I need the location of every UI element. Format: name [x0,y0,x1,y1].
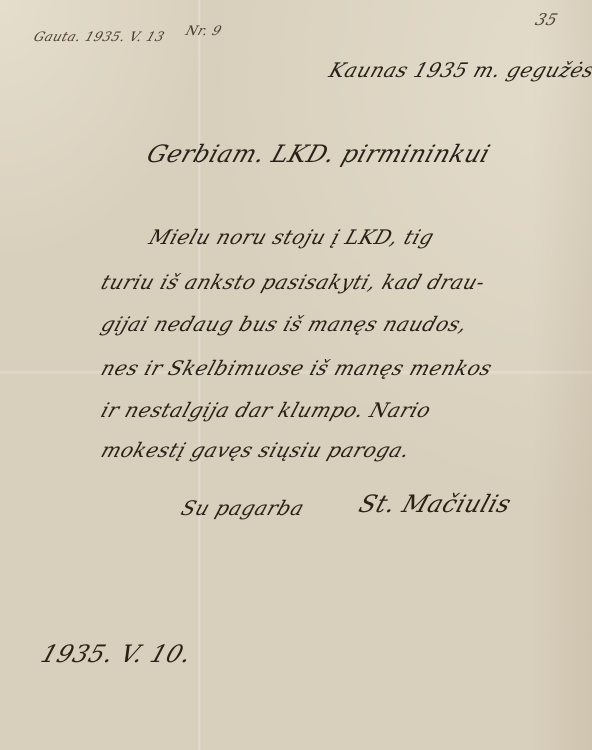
place-date: Kaunas 1935 m. gegužės 8 d. [326,58,592,82]
salutation: Gerbiam. LKD. pirmininkui [143,140,494,168]
body-line-2: turiu iš anksto pasisakyti, kad drau- [98,270,488,294]
signature: St. Mačiulis [355,490,515,518]
closing: Su pagarba [178,496,307,520]
body-line-3: gijai nedaug bus iš manęs naudos, [98,312,471,336]
document-number: Nr. 9 [184,24,224,39]
letter-page: Gauta. 1935. V. 13 Nr. 9 35 Kaunas 1935 … [0,0,592,750]
body-line-5: ir nestalgija dar klumpo. Nario [98,398,434,422]
body-line-4: nes ir Skelbimuose iš manęs menkos [98,356,495,380]
received-note: Gauta. 1935. V. 13 [32,30,167,45]
body-line-6: mokestį gavęs siųsiu paroga. [98,438,413,462]
page-edge-shadow [532,0,592,750]
footer-date: 1935. V. 10. [37,640,195,668]
body-line-1: Mielu noru stoju į LKD, tig [146,225,437,249]
